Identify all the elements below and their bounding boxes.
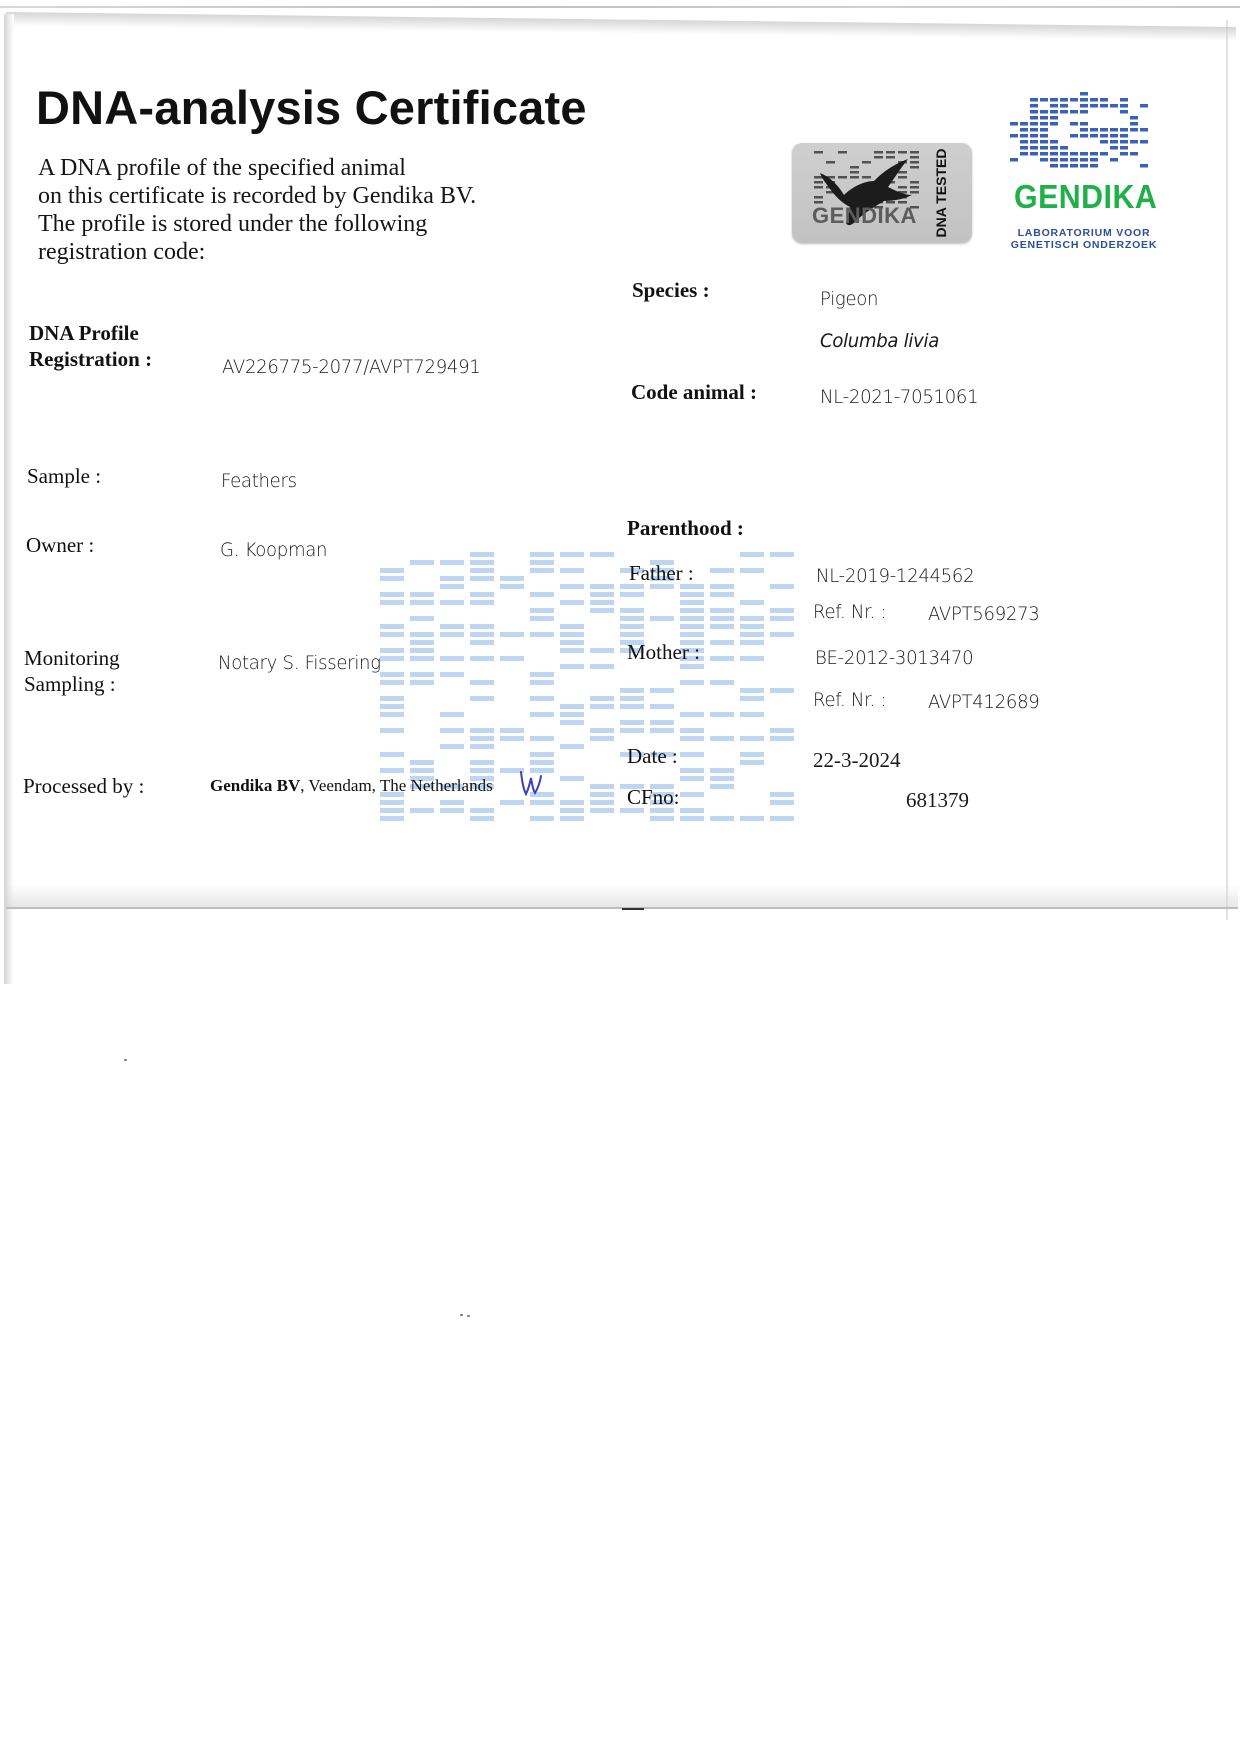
scan-shadow-top xyxy=(6,12,1236,41)
scan-speck xyxy=(124,1059,127,1061)
logo-subtitle: LABORATORIUM VOOR GENETISCH ONDERZOEK xyxy=(1004,227,1164,251)
mother-label: Mother : xyxy=(627,639,700,665)
logo-subtitle-line: GENETISCH ONDERZOEK xyxy=(1004,239,1164,251)
sample-value: Feathers xyxy=(221,470,297,492)
parenthood-label: Parenthood : xyxy=(627,515,744,541)
intro-line: The profile is stored under the followin… xyxy=(38,210,476,238)
mother-ref-label: Ref. Nr. : xyxy=(813,689,886,711)
processed-by-location: , Veendam, The Netherlands xyxy=(300,776,492,795)
seal-brand: GENDIKA xyxy=(812,203,917,229)
intro-line: on this certificate is recorded by Gendi… xyxy=(38,182,476,210)
logo-name: GENDIKA xyxy=(1014,178,1152,216)
scan-edge-right xyxy=(1226,20,1228,920)
monitoring-label-line: Sampling : xyxy=(24,671,120,697)
species-latin-name: Columba livia xyxy=(820,330,939,352)
gendika-logo-icon xyxy=(1010,92,1150,172)
intro-line: A DNA profile of the specified animal xyxy=(38,154,476,182)
cfno-label: CFno: xyxy=(627,784,680,810)
code-animal-value: NL-2021-7051061 xyxy=(820,386,978,408)
father-label: Father : xyxy=(629,560,694,586)
scan-speck xyxy=(467,1315,470,1317)
owner-label: Owner : xyxy=(26,532,94,558)
logo-subtitle-line: LABORATORIUM VOOR xyxy=(1004,227,1164,239)
certificate-title: DNA-analysis Certificate xyxy=(36,80,587,135)
mother-ref-value: AVPT412689 xyxy=(928,691,1040,713)
processed-by-label: Processed by : xyxy=(23,773,144,799)
species-label: Species : xyxy=(632,277,710,303)
processed-by-value: Gendika BV, Veendam, The Netherlands xyxy=(210,776,493,796)
monitoring-label-line: Monitoring xyxy=(24,645,120,671)
registration-value: AV226775-2077/AVPT729491 xyxy=(222,356,481,378)
father-ref-label: Ref. Nr. : xyxy=(813,601,886,623)
dna-tested-seal: GENDIKA DNA TESTED xyxy=(792,143,972,243)
species-common-name: Pigeon xyxy=(820,288,878,310)
scan-speck xyxy=(460,1314,463,1316)
mother-value: BE-2012-3013470 xyxy=(815,647,973,669)
scan-edge-left xyxy=(4,14,14,984)
father-ref-value: AVPT569273 xyxy=(928,603,1040,625)
owner-value: G. Koopman xyxy=(220,539,327,561)
certificate-bottom-shadow xyxy=(6,885,1238,907)
fold-mark xyxy=(622,908,644,910)
registration-label-line: Registration : xyxy=(29,346,152,372)
code-animal-label: Code animal : xyxy=(631,379,757,405)
signature-icon xyxy=(517,768,545,798)
sample-label: Sample : xyxy=(27,463,101,489)
cfno-value: 681379 xyxy=(906,788,969,813)
scan-edge-top xyxy=(0,6,1240,8)
date-value: 22-3-2024 xyxy=(813,748,901,773)
monitoring-label: Monitoring Sampling : xyxy=(24,645,120,697)
intro-line: registration code: xyxy=(38,238,476,266)
date-label: Date : xyxy=(627,743,678,769)
certificate-intro: A DNA profile of the specified animal on… xyxy=(38,154,476,266)
father-value: NL-2019-1244562 xyxy=(816,565,974,587)
registration-label-line: DNA Profile xyxy=(29,320,152,346)
registration-label: DNA Profile Registration : xyxy=(29,320,152,372)
processed-by-company: Gendika BV xyxy=(210,776,300,795)
seal-badge: DNA TESTED xyxy=(933,143,949,243)
monitoring-value: Notary S. Fissering xyxy=(218,652,381,674)
